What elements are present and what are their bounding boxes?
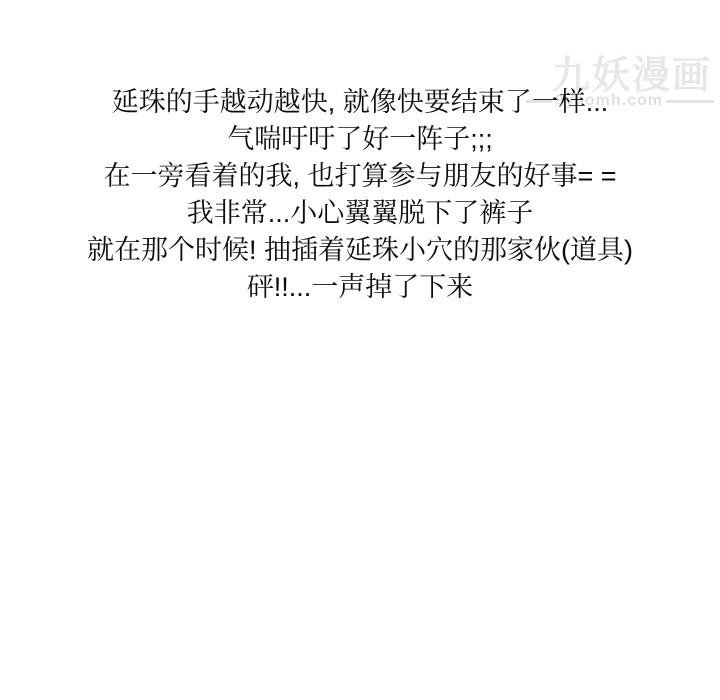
dialogue-block: 延珠的手越动越快, 就像快要结束了一样... 气喘吁吁了好一阵子;;; 在一旁看…: [0, 84, 720, 306]
dialogue-line: 在一旁看着的我, 也打算参与朋友的好事= =: [0, 158, 720, 195]
dialogue-line: 就在那个时候! 抽插着延珠小穴的那家伙(道具): [0, 232, 720, 269]
dialogue-line: 延珠的手越动越快, 就像快要结束了一样...: [0, 84, 720, 121]
dialogue-line: 砰!!...一声掉了下来: [0, 269, 720, 306]
comic-page: 九妖漫画 9yaomh.com 延珠的手越动越快, 就像快要结束了一样... 气…: [0, 0, 720, 700]
dialogue-line: 我非常...小心翼翼脱下了裤子: [0, 195, 720, 232]
dialogue-line: 气喘吁吁了好一阵子;;;: [0, 121, 720, 158]
